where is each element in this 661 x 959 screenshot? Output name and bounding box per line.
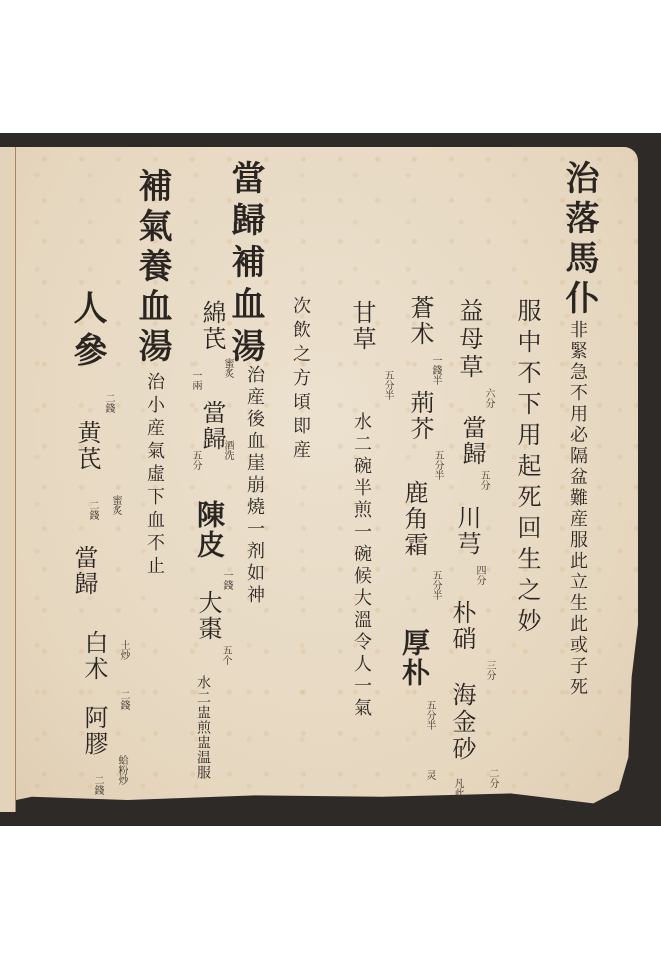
prep-note: 土炒 [118,640,128,660]
herb-renshen: 人參 [70,290,104,374]
dose-note: 五分半 [432,450,442,480]
dose-note: 四分 [474,565,484,585]
dose-note: 五分半 [382,370,392,400]
formula-title-danggui-buxue: 當歸補血湯 [228,160,262,370]
dose-note: 一兩 [190,370,200,390]
dose-note: 一錢半 [430,355,440,385]
column-8-instructions: 水二盅煎盅温服 [196,675,210,780]
column-2-text: 服中不下用起死回生之妙 [515,298,539,639]
herb-gancao: 甘草 [350,300,374,352]
dose-note: 二錢 [103,393,113,413]
herb-cangzhu: 蒼术 [408,295,432,347]
dose-note: 五分半 [424,700,434,730]
dose-note: 二錢 [87,500,97,520]
dose-note: 二錢 [92,775,102,795]
column-5-instructions: 水二碗半煎一碗候大溫令人一氣 [352,412,370,720]
dose-note: 六分 [483,388,493,408]
dose-note: 一錢 [221,570,231,590]
dose-note: 二分 [487,768,497,788]
prep-note: 蜜炙 [110,495,120,515]
herb-danggui: 當歸 [200,400,224,452]
bottom-note: 灵 [424,770,434,780]
herb-haijinsha: 海金砂 [450,682,474,763]
dose-note: 五分 [190,450,200,470]
left-page-edge [0,147,16,812]
dose-note: 五分 [478,470,488,490]
column-7-indication: 治産後血崖崩燒一剂如神 [245,365,263,607]
herb-chuanxiong: 川芎 [455,505,479,557]
herb-danggui: 當歸 [460,415,484,467]
prep-note: 蜜炙 [222,358,232,378]
herb-lujiaoshuang: 鹿角霜 [402,480,426,558]
herb-danggui: 當歸 [72,545,96,597]
herb-mianqi: 綿芪 [200,300,224,352]
herb-houpu: 厚朴 [400,628,428,688]
formula-title-buqi-yangxue: 補氣養血湯 [135,168,169,368]
column-3-herbs: 益母草 [457,298,481,382]
column-1-title: 治落馬仆 [562,160,596,320]
dose-note: 五分半 [430,570,440,600]
herb-baizhu: 白术 [82,630,106,682]
herb-puxiao: 朴硝 [450,600,474,652]
column-6-text: 次飲之方頃即産 [291,296,309,464]
prep-note: 酒洗 [222,440,232,460]
herb-chenpi: 陳皮 [195,500,223,560]
column-1-text: 非緊急不用必隔盆難産服此立生此或子死 [568,320,586,698]
bottom-note: 凡此 [452,778,462,798]
herb-ejiao: 阿膠 [82,705,106,757]
dose-note: 五个 [220,645,230,665]
herb-huangqi: 黄芪 [75,420,99,472]
herb-dazao: 大棗 [196,590,220,642]
herb-jingjie: 荊芥 [408,390,432,442]
prep-note: 蛤粉炒 [116,755,126,785]
column-9-indication: 治小産氣虛下血不止 [145,372,163,579]
dose-note: 二錢 [118,690,128,710]
dose-note: 三分 [484,660,494,680]
